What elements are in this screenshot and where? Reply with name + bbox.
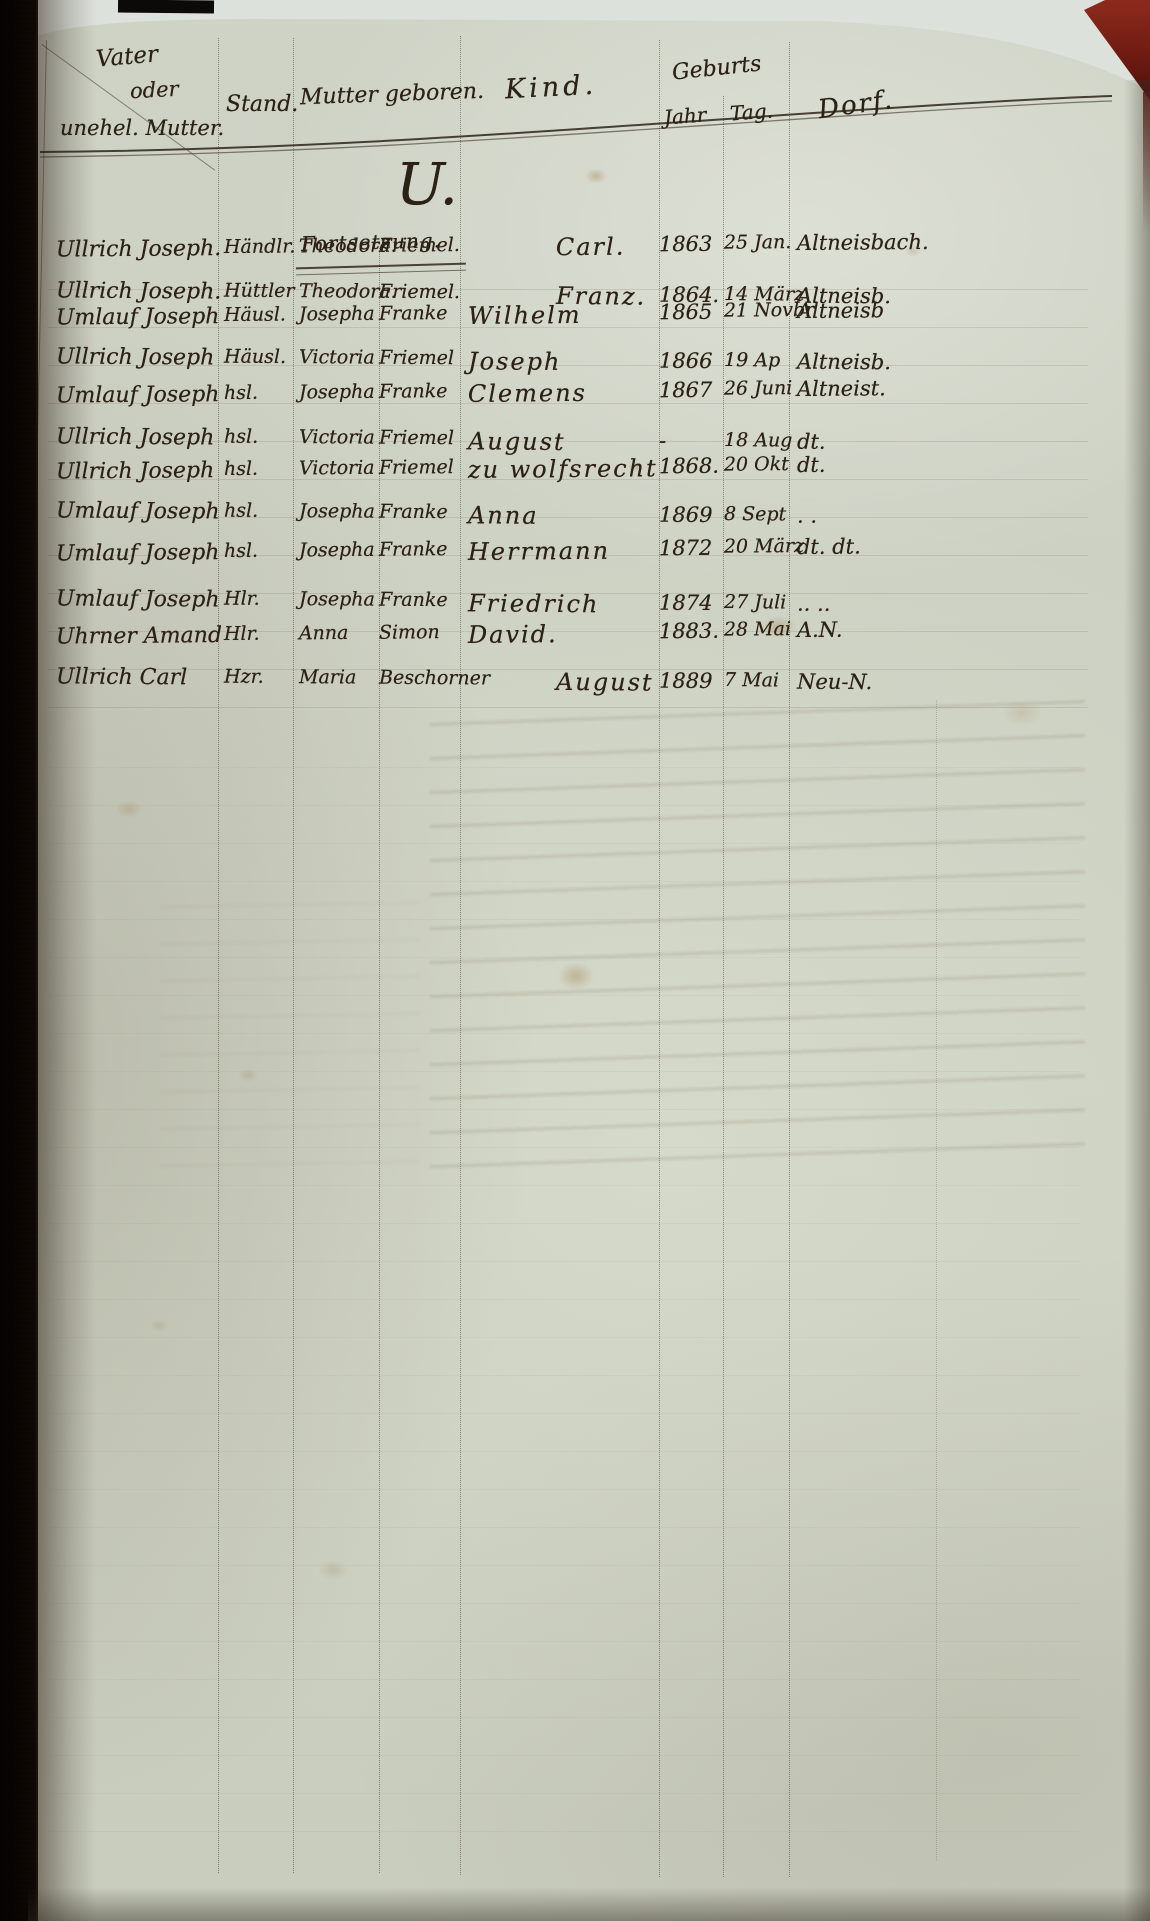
cell-day: 28 Mai	[724, 618, 791, 641]
cell-stand: Hzr.	[224, 666, 264, 688]
cell-stand: Händlr.	[224, 235, 296, 258]
cell-year: -	[659, 429, 666, 453]
cell-village: A.N.	[797, 618, 843, 642]
cell-mother_given: Victoria	[299, 346, 375, 369]
cell-day: 8 Sept	[724, 503, 786, 525]
cell-year: 1868.	[659, 454, 719, 479]
cell-stand: hsl.	[224, 540, 258, 562]
cell-mother_surname: Simon	[379, 621, 440, 644]
cell-mother_given: Maria	[299, 666, 356, 688]
cell-stand: hsl.	[224, 500, 258, 522]
cell-mother_surname: Friemel	[379, 427, 454, 450]
page-edge-bottom	[28, 1887, 1150, 1921]
cell-village: dt.	[797, 453, 826, 477]
cell-stand: hsl.	[224, 426, 258, 448]
cell-child: Joseph	[468, 347, 562, 376]
cell-day: 25 Jan.	[724, 231, 792, 254]
cell-year: 1863	[659, 232, 713, 256]
cell-village: dt.	[797, 430, 826, 454]
cell-mother_surname: Beschorner	[379, 667, 490, 690]
cell-mother_surname: Friemel	[379, 456, 454, 479]
cell-child: David.	[468, 620, 558, 649]
table-rows: Ullrich Joseph.Händlr.Theodora.Friemel.C…	[0, 0, 1150, 1921]
cell-stand: hsl.	[224, 382, 258, 404]
cell-child: zu wolfsrecht	[468, 454, 658, 484]
cell-child: August	[556, 668, 654, 697]
cell-day: 26 Juni	[724, 377, 793, 400]
cell-mother_surname: Franke	[379, 589, 448, 611]
cell-year: 1874	[659, 591, 713, 615]
cell-day: 20 März	[724, 535, 804, 558]
cell-day: 27 Juli	[724, 591, 786, 613]
book-scan: Vater oder unehel. Mutter. Stand. Mutter…	[0, 0, 1150, 1921]
cell-mother_given: Josepha	[299, 539, 375, 562]
cell-village: dt. dt.	[797, 534, 861, 559]
cell-village: Neu-N.	[797, 670, 872, 695]
cell-village: . .	[797, 504, 817, 528]
cell-child: August	[468, 427, 566, 456]
cell-mother_given: Josepha	[299, 588, 375, 611]
cell-village: Altneisb.	[797, 350, 891, 375]
cell-village: Altneisb	[797, 298, 884, 323]
cell-year: 1872	[659, 536, 713, 560]
table-row: Ullrich Joseph.Händlr.Theodora.Friemel.C…	[0, 228, 1150, 278]
cell-mother_surname: Franke	[379, 538, 448, 561]
cell-mother_surname: Friemel	[379, 347, 454, 370]
cell-day: 7 Mai	[724, 669, 779, 691]
binding-shadow	[36, 0, 96, 1921]
cell-year: 1889	[659, 669, 713, 693]
cell-year: 1867	[659, 378, 713, 402]
cell-mother_given: Josepha	[299, 381, 375, 404]
cell-mother_surname: Friemel.	[379, 281, 460, 304]
cell-child: Carl.	[556, 233, 626, 262]
book-binding	[0, 0, 38, 1921]
cell-year: 1865	[659, 300, 713, 324]
cell-stand: hsl.	[224, 458, 258, 480]
cell-mother_surname: Friemel.	[379, 234, 460, 257]
table-row: Ullrich CarlHzr.MariaBeschornerAugust188…	[0, 664, 1150, 712]
cell-year: 1883.	[659, 619, 719, 644]
table-row: Umlauf Josephhsl.JosephaFrankeHerrmann18…	[0, 532, 1150, 582]
cell-stand: Häusl.	[224, 304, 286, 327]
cell-mother_given: Victoria	[299, 426, 375, 449]
cell-mother_given: Josepha	[299, 303, 375, 326]
cell-child: Clemens	[468, 379, 587, 408]
cell-stand: Hlr.	[224, 623, 260, 645]
cell-mother_surname: Franke	[379, 501, 448, 523]
cell-village: Altneist.	[797, 376, 886, 401]
cell-day: 18 Aug	[724, 429, 792, 451]
page-edge-right	[1124, 80, 1150, 1921]
cell-child: Wilhelm	[468, 301, 582, 330]
cell-child: Herrmann	[468, 537, 610, 566]
cell-mother_surname: Franke	[379, 302, 448, 325]
cell-year: 1866	[659, 349, 713, 373]
cell-mother_surname: Franke	[379, 380, 448, 403]
cell-child: Anna	[468, 501, 539, 529]
cell-day: 20 Okt	[724, 453, 789, 476]
cell-mother_given: Josepha	[299, 500, 375, 523]
cell-child: Friedrich	[468, 589, 600, 618]
cell-village: Altneisbach.	[797, 230, 929, 255]
cell-day: 19 Ap	[724, 349, 780, 371]
scan-artifact-mark	[118, 0, 214, 14]
cell-stand: Hlr.	[224, 588, 260, 610]
cell-year: 1869	[659, 503, 713, 527]
cell-stand: Häusl.	[224, 346, 286, 368]
cell-mother_given: Victoria	[299, 457, 375, 480]
cell-stand: Hüttler	[224, 280, 295, 302]
cell-mother_given: Anna	[299, 622, 349, 644]
cell-village: .. ..	[797, 592, 831, 616]
